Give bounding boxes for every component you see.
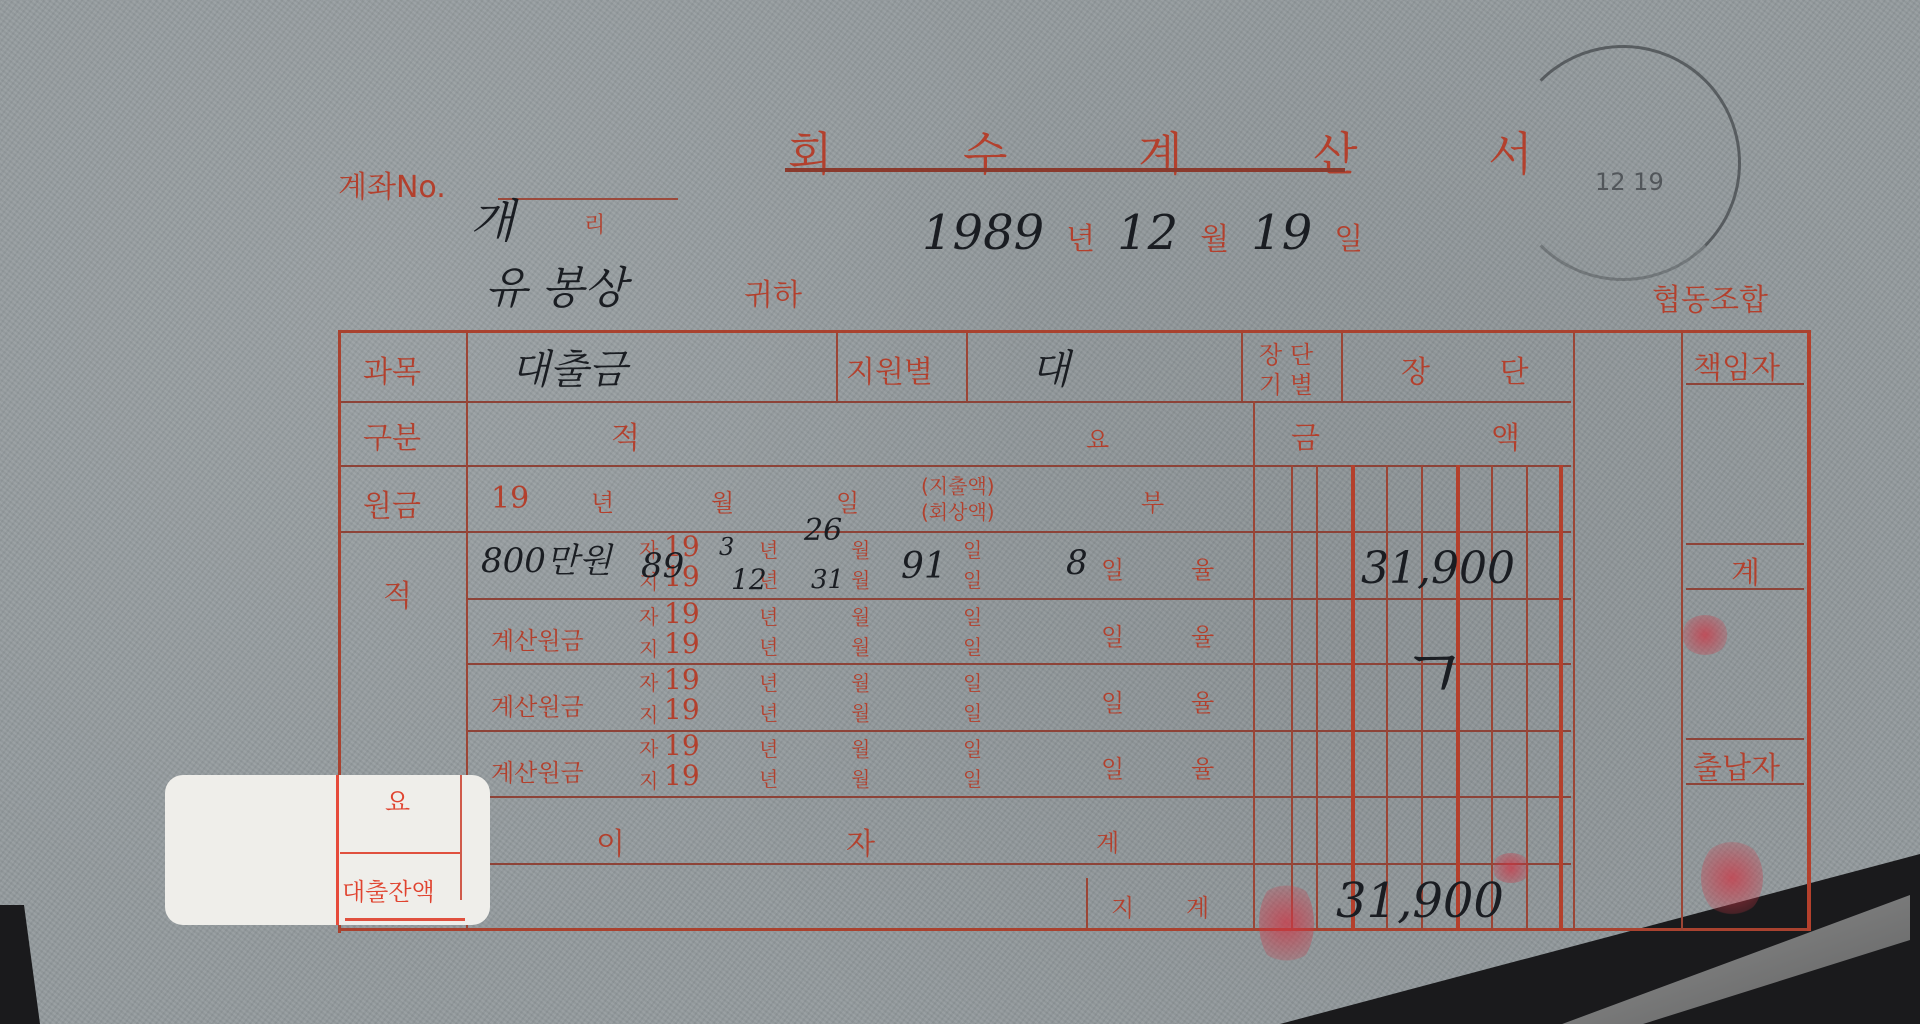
to-month-label: 월 [851,631,870,660]
from-year-prefix: 19 [664,663,700,696]
days-label: 일 [1101,550,1124,585]
branch-value: 대 [1031,338,1070,395]
month-label: 월 [1200,222,1229,257]
from-day-label: 일 [963,733,982,762]
from-prefix: 자 [639,667,658,696]
principal-label: 원금 [363,481,421,525]
to-prefix: 지 [639,765,658,794]
sticker-top-label: 요 [385,782,410,819]
clerk-label: 계 [1731,548,1760,592]
hw-days: 91 [901,546,947,587]
digit-column-line [1351,465,1355,931]
rate-label: 율 [1191,617,1214,652]
summary-label-left: 적 [611,413,640,457]
from-day-label: 일 [963,534,982,563]
from-year-label: 년 [759,667,778,696]
principal-month: 월 [711,483,734,518]
subject-value: 대출금 [511,338,627,395]
hw-from-year: 89 [641,546,684,586]
from-month-label: 월 [851,667,870,696]
addressee-name: 유 봉상 [485,252,627,316]
date-month: 12 [1117,205,1178,261]
divider [466,796,1571,798]
receipt-form: 과목 대출금 지원별 대 장 단 기 별 장 단 구분 적 요 금 액 원금 1… [338,330,1811,933]
seal-stamp [1491,853,1531,883]
responsible-label: 책임자 [1693,343,1780,387]
to-prefix: 지 [639,699,658,728]
days-label: 일 [1101,683,1124,718]
from-year-label: 년 [759,601,778,630]
document-title: 회 수 계 산 서 [788,118,1591,184]
calc-principal-label: 계산원금 [491,621,584,656]
amount-column-edge [1253,401,1255,931]
divider [345,918,465,921]
issuer-name: 협동조합 [1652,275,1768,319]
subject-label: 과목 [363,347,421,391]
calc-principal-label: 계산원금 [491,753,584,788]
ri-label: 리 [584,208,605,239]
divider [1341,333,1343,401]
to-year-label: 년 [759,631,778,660]
year-label: 년 [1066,222,1095,257]
divider [466,863,1571,865]
from-prefix: 자 [639,601,658,630]
amount-label-left: 금 [1291,413,1320,457]
digit-column-line [1316,465,1318,931]
principal-note-bottom: (회상액) [921,496,995,525]
to-month-label: 월 [851,564,870,593]
total-amount: 31,900 [1336,873,1504,929]
day-label: 일 [1334,222,1363,257]
total-label-2: 계 [1186,888,1209,923]
hw-principal: 800만원 [481,533,612,582]
interest-label-3: 계 [1096,823,1119,858]
honorific-label: 귀하 [744,270,802,314]
to-year-prefix: 19 [664,759,700,792]
divider [341,401,1571,403]
days-label: 일 [1101,749,1124,784]
account-value: 개 [470,185,514,251]
hw-from-day: 26 [804,513,842,548]
form-border [1807,333,1811,931]
divider [1086,878,1088,928]
from-month-label: 월 [851,733,870,762]
principal-note-top: (지출액) [921,470,995,499]
digit-column-line [1291,465,1293,931]
divider [1241,333,1243,401]
to-year-label: 년 [759,697,778,726]
amount-column-edge [1573,333,1575,931]
from-year-label: 년 [759,733,778,762]
account-label: 계좌No. [338,162,446,206]
divider [336,775,339,925]
from-year-label: 년 [759,534,778,563]
rate-label: 율 [1191,749,1214,784]
to-day-label: 일 [963,697,982,726]
seal-stamp [1701,838,1763,918]
divider [1686,543,1804,545]
title-underline [785,168,1345,172]
document-date: 1989년12월19일 [900,205,1363,261]
row1-amount: 31,900 [1361,543,1515,594]
hw-rate: 8 [1066,543,1088,583]
white-sticker [165,775,490,925]
void-mark: ㄱ [1391,618,1459,719]
hw-to-month: 12 [731,563,767,596]
calc-principal-label: 계산원금 [491,687,584,722]
to-day-label: 일 [963,631,982,660]
principal-year-prefix: 19 [491,481,529,516]
from-year-prefix: 19 [664,729,700,762]
principal-year: 년 [591,483,614,518]
cashier-label: 출납자 [1693,743,1780,787]
from-month-label: 월 [851,601,870,630]
divider [460,775,462,900]
from-day-label: 일 [963,601,982,630]
seal-stamp [1259,878,1314,968]
seal-stamp [1681,615,1729,655]
interest-label-1: 이 [596,819,625,863]
digit-column-line [1559,465,1563,931]
to-year-prefix: 19 [664,693,700,726]
hw-to-day: 31 [811,565,844,595]
from-month-label: 월 [851,534,870,563]
sticker-bottom-label: 대출잔액 [342,872,435,907]
to-prefix: 지 [639,633,658,662]
to-day-label: 일 [963,564,982,593]
ledger-label-bottom: 기 별 [1259,365,1313,400]
divider [1686,738,1804,740]
to-month-label: 월 [851,763,870,792]
days-label: 일 [1101,617,1124,652]
date-day: 19 [1251,205,1312,261]
principal-suffix: 부 [1141,483,1164,518]
summary-label-right: 요 [1086,420,1109,455]
divider [466,730,1571,732]
hw-from-month: 3 [719,533,734,561]
from-prefix: 자 [639,733,658,762]
divider [966,333,968,401]
from-year-prefix: 19 [664,597,700,630]
to-year-label: 년 [759,763,778,792]
divider [341,928,1811,931]
postmark-date: 12 19 [1595,168,1664,196]
ledger-label: 장 단 [1401,347,1559,391]
category-label: 구분 [363,413,421,457]
branch-label: 지원별 [846,347,933,391]
divider [340,852,460,854]
divider [836,333,838,401]
amount-label-right: 액 [1491,413,1520,457]
total-label-1: 지 [1111,888,1134,923]
rate-label: 율 [1191,550,1214,585]
account-underline [498,198,678,200]
from-day-label: 일 [963,667,982,696]
to-year-prefix: 19 [664,627,700,660]
digit-column-line [1386,465,1388,931]
to-day-label: 일 [963,763,982,792]
date-year: 1989 [922,205,1044,261]
divider [466,598,1571,600]
to-month-label: 월 [851,697,870,726]
interest-section-label: 적 [383,571,412,615]
interest-label-2: 자 [846,819,875,863]
rate-label: 율 [1191,683,1214,718]
